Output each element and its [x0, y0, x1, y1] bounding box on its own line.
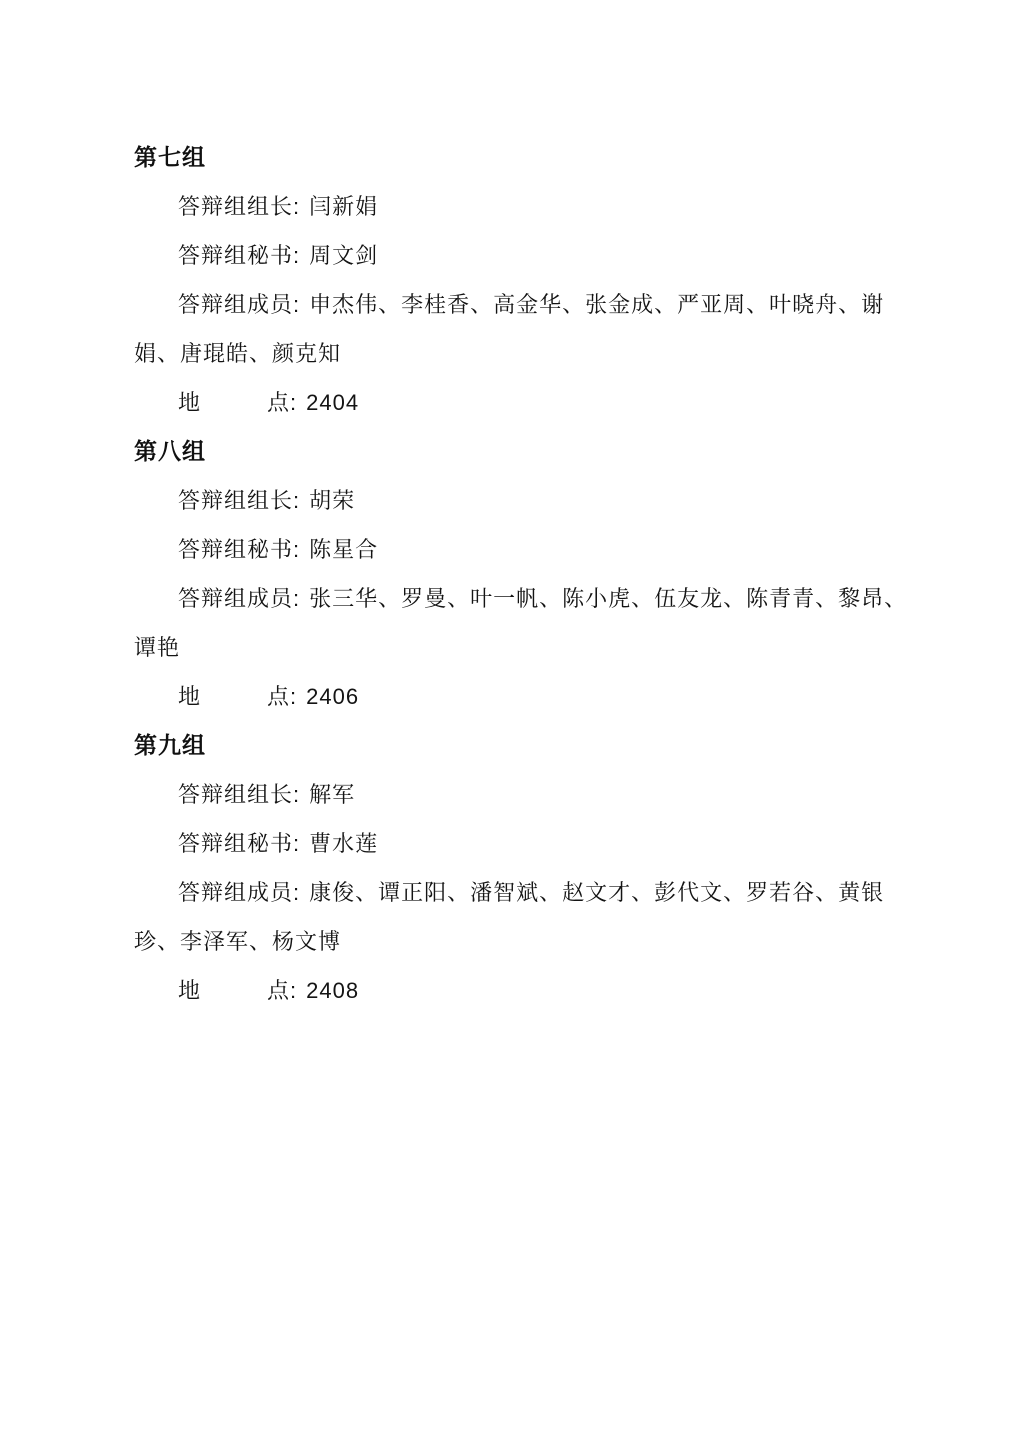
group-title: 第九组: [134, 721, 926, 770]
secretary-line: 答辩组秘书:曹水莲: [134, 819, 926, 868]
location-value: 2406: [306, 684, 359, 709]
leader-line: 答辩组组长:闫新娟: [134, 182, 926, 231]
location-line: 地点:2404: [134, 378, 926, 427]
document-page: 第七组 答辩组组长:闫新娟 答辩组秘书:周文剑 答辩组成员:申杰伟、李桂香、高金…: [0, 0, 1024, 1448]
leader-line: 答辩组组长:解军: [134, 770, 926, 819]
location-label-left: 地: [178, 390, 201, 415]
group-section-9: 第九组 答辩组组长:解军 答辩组秘书:曹水莲 答辩组成员:康俊、谭正阳、潘智斌、…: [134, 721, 926, 1015]
members-paragraph: 答辩组成员:康俊、谭正阳、潘智斌、赵文才、彭代文、罗若谷、黄银珍、李泽军、杨文博: [134, 868, 926, 966]
group-title: 第八组: [134, 427, 926, 476]
location-line: 地点:2408: [134, 966, 926, 1015]
members-label: 答辩组成员:: [178, 292, 300, 317]
leader-value: 闫新娟: [309, 194, 378, 219]
group-section-7: 第七组 答辩组组长:闫新娟 答辩组秘书:周文剑 答辩组成员:申杰伟、李桂香、高金…: [134, 133, 926, 427]
leader-line: 答辩组组长:胡荣: [134, 476, 926, 525]
leader-label: 答辩组组长:: [178, 782, 300, 807]
members-label: 答辩组成员:: [178, 586, 300, 611]
secretary-label: 答辩组秘书:: [178, 831, 300, 856]
location-label-right: 点:: [267, 978, 297, 1003]
location-label-right: 点:: [267, 684, 297, 709]
leader-value: 胡荣: [309, 488, 355, 513]
secretary-label: 答辩组秘书:: [178, 243, 300, 268]
location-line: 地点:2406: [134, 672, 926, 721]
location-value: 2408: [306, 978, 359, 1003]
location-value: 2404: [306, 390, 359, 415]
secretary-line: 答辩组秘书:陈星合: [134, 525, 926, 574]
secretary-value: 陈星合: [309, 537, 378, 562]
secretary-value: 周文剑: [309, 243, 378, 268]
secretary-value: 曹水莲: [309, 831, 378, 856]
group-title: 第七组: [134, 133, 926, 182]
location-label-right: 点:: [267, 390, 297, 415]
leader-value: 解军: [309, 782, 355, 807]
location-label-left: 地: [178, 978, 201, 1003]
members-label: 答辩组成员:: [178, 880, 300, 905]
location-label-left: 地: [178, 684, 201, 709]
secretary-label: 答辩组秘书:: [178, 537, 300, 562]
secretary-line: 答辩组秘书:周文剑: [134, 231, 926, 280]
leader-label: 答辩组组长:: [178, 194, 300, 219]
leader-label: 答辩组组长:: [178, 488, 300, 513]
group-section-8: 第八组 答辩组组长:胡荣 答辩组秘书:陈星合 答辩组成员:张三华、罗曼、叶一帆、…: [134, 427, 926, 721]
members-paragraph: 答辩组成员:申杰伟、李桂香、高金华、张金成、严亚周、叶晓舟、谢娟、唐琨皓、颜克知: [134, 280, 926, 378]
members-paragraph: 答辩组成员:张三华、罗曼、叶一帆、陈小虎、伍友龙、陈青青、黎昂、谭艳: [134, 574, 926, 672]
document-content: 第七组 答辩组组长:闫新娟 答辩组秘书:周文剑 答辩组成员:申杰伟、李桂香、高金…: [134, 133, 926, 1015]
